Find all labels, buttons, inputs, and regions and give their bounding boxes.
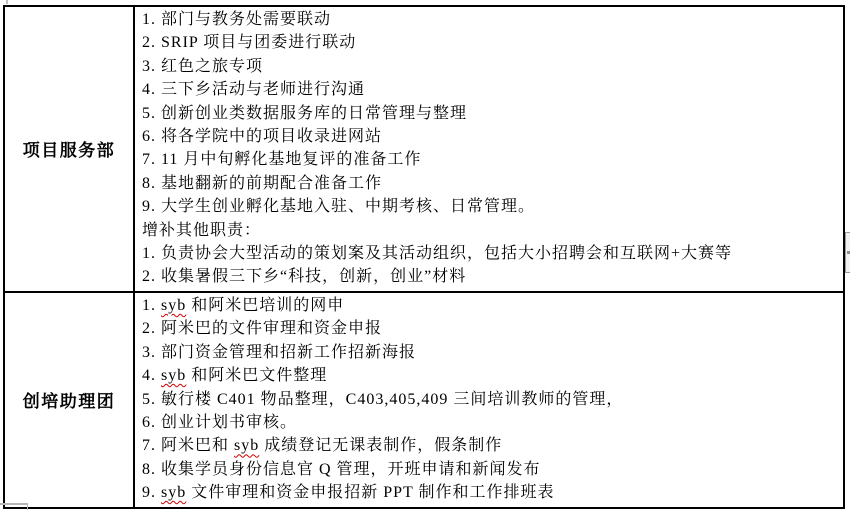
duty-line: 增补其他职责： xyxy=(142,219,839,242)
text-segment: 成绩登记无课表制作，假条制作 xyxy=(259,437,502,454)
duty-line: 3. 部门资金管理和招新工作招新海报 xyxy=(142,341,839,364)
duty-line: 5. 敏行楼 C401 物品整理，C403,405,409 三间培训教师的管理， xyxy=(142,388,839,411)
duties-cell: 1. syb 和阿米巴培训的网申2. 阿米巴的文件审理和资金申报3. 部门资金管… xyxy=(134,292,844,508)
text-segment: 8. 收集学员身份信息官 Q 管理，开班申请和新闻发布 xyxy=(142,461,541,478)
duty-line: 6. 将各学院中的项目收录进网站 xyxy=(142,125,839,148)
misspelled-word: syb xyxy=(161,297,186,314)
duty-line: 9. 大学生创业孵化基地入驻、中期考核、日常管理。 xyxy=(142,195,839,218)
duty-line: 8. 收集学员身份信息官 Q 管理，开班申请和新闻发布 xyxy=(142,458,839,481)
duty-line: 5. 创新创业类数据服务库的日常管理与整理 xyxy=(142,102,839,125)
text-segment: 增补其他职责： xyxy=(142,222,261,239)
text-segment: 5. 敏行楼 C401 物品整理，C403,405,409 三间培训教师的管理， xyxy=(142,391,623,408)
text-segment: 2. 收集暑假三下乡“科技，创新，创业”材料 xyxy=(142,268,466,285)
duty-line: 2. SRIP 项目与团委进行联动 xyxy=(142,31,839,54)
duty-line: 2. 阿米巴的文件审理和资金申报 xyxy=(142,317,839,340)
table-gridline-mark xyxy=(6,0,8,4)
duty-line: 4. syb 和阿米巴文件整理 xyxy=(142,364,839,387)
text-segment: 3. 红色之旅专项 xyxy=(142,58,263,75)
text-segment: 5. 创新创业类数据服务库的日常管理与整理 xyxy=(142,105,467,122)
misspelled-word: syb xyxy=(161,484,186,501)
text-segment: 文件审理和资金申报招新 PPT 制作和工作排班表 xyxy=(186,484,554,501)
department-name-cell: 项目服务部 xyxy=(4,6,134,292)
duty-table: 项目服务部1. 部门与教务处需要联动2. SRIP 项目与团委进行联动3. 红色… xyxy=(3,5,845,509)
duty-line: 3. 红色之旅专项 xyxy=(142,55,839,78)
duties-cell: 1. 部门与教务处需要联动2. SRIP 项目与团委进行联动3. 红色之旅专项4… xyxy=(134,6,844,292)
misspelled-word: syb xyxy=(161,367,186,384)
text-segment: 1. xyxy=(142,297,161,314)
document-page: 项目服务部1. 部门与教务处需要联动2. SRIP 项目与团委进行联动3. 红色… xyxy=(0,0,850,510)
table-row: 创培助理团1. syb 和阿米巴培训的网申2. 阿米巴的文件审理和资金申报3. … xyxy=(4,292,844,508)
misspelled-word: syb xyxy=(234,437,259,454)
department-name-cell: 创培助理团 xyxy=(4,292,134,508)
next-element-fragment xyxy=(0,503,28,510)
text-segment: 4. xyxy=(142,367,161,384)
duty-line: 7. 11 月中旬孵化基地复评的准备工作 xyxy=(142,148,839,171)
text-segment: 6. 将各学院中的项目收录进网站 xyxy=(142,128,382,145)
text-segment: 3. 部门资金管理和招新工作招新海报 xyxy=(142,344,416,361)
text-segment: 9. xyxy=(142,484,161,501)
text-segment: 1. 部门与教务处需要联动 xyxy=(142,11,331,28)
duty-line: 1. syb 和阿米巴培训的网申 xyxy=(142,294,839,317)
duty-line: 6. 创业计划书审核。 xyxy=(142,411,839,434)
text-segment: 9. 大学生创业孵化基地入驻、中期考核、日常管理。 xyxy=(142,198,535,215)
text-segment: 4. 三下乡活动与老师进行沟通 xyxy=(142,81,365,98)
duty-line: 1. 负责协会大型活动的策划案及其活动组织，包括大小招聘会和互联网+大赛等 xyxy=(142,242,839,265)
duty-line: 8. 基地翻新的前期配合准备工作 xyxy=(142,172,839,195)
duty-line: 2. 收集暑假三下乡“科技，创新，创业”材料 xyxy=(142,265,839,288)
text-segment: 1. 负责协会大型活动的策划案及其活动组织，包括大小招聘会和互联网+大赛等 xyxy=(142,245,732,262)
duty-line: 7. 阿米巴和 syb 成绩登记无课表制作，假条制作 xyxy=(142,434,839,457)
text-segment: 和阿米巴培训的网申 xyxy=(186,297,344,314)
text-segment: 2. SRIP 项目与团委进行联动 xyxy=(142,34,356,51)
text-segment: 2. 阿米巴的文件审理和资金申报 xyxy=(142,320,382,337)
table-row: 项目服务部1. 部门与教务处需要联动2. SRIP 项目与团委进行联动3. 红色… xyxy=(4,6,844,292)
text-segment: 7. 阿米巴和 xyxy=(142,437,234,454)
text-segment: 6. 创业计划书审核。 xyxy=(142,414,297,431)
duty-line: 9. syb 文件审理和资金申报招新 PPT 制作和工作排班表 xyxy=(142,481,839,504)
duty-table-body: 项目服务部1. 部门与教务处需要联动2. SRIP 项目与团委进行联动3. 红色… xyxy=(4,6,844,508)
text-segment: 8. 基地翻新的前期配合准备工作 xyxy=(142,175,382,192)
duty-line: 4. 三下乡活动与老师进行沟通 xyxy=(142,78,839,101)
text-segment: 和阿米巴文件整理 xyxy=(186,367,327,384)
duty-line: 1. 部门与教务处需要联动 xyxy=(142,8,839,31)
scrollbar-fragment[interactable] xyxy=(845,232,850,273)
text-segment: 7. 11 月中旬孵化基地复评的准备工作 xyxy=(142,151,421,168)
